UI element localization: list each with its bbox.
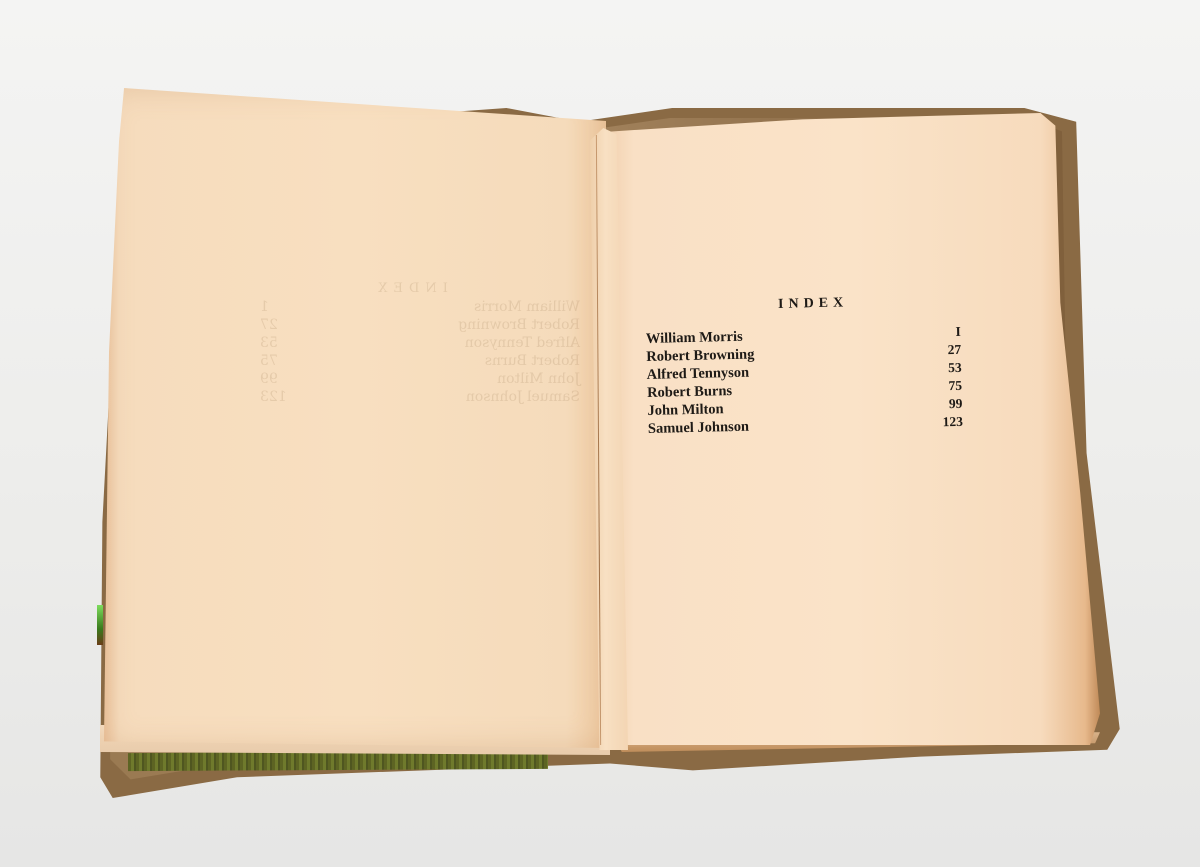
show-through-row: Robert Burns75 bbox=[260, 352, 580, 370]
index-entry-page: 123 bbox=[942, 413, 963, 431]
show-through-page: 53 bbox=[260, 334, 278, 352]
show-through-name: John Milton bbox=[497, 370, 580, 388]
show-through-page: 99 bbox=[260, 370, 278, 388]
index-entry-name: John Milton bbox=[647, 400, 724, 420]
left-page-show-through: INDEX William Morris1 Robert Browning27 … bbox=[240, 150, 580, 450]
index-entry-page: I bbox=[955, 323, 961, 341]
show-through-name: William Morris bbox=[474, 298, 580, 316]
index-entry-name: William Morris bbox=[646, 328, 743, 348]
show-through-page: 75 bbox=[260, 352, 278, 370]
index-entry-page: 27 bbox=[948, 341, 962, 359]
index-entry-name: Samuel Johnson bbox=[648, 418, 750, 438]
green-bookmark-tab bbox=[97, 605, 103, 645]
index-entry-name: Robert Burns bbox=[647, 382, 732, 402]
index-section: INDEX William Morris I Robert Browning 2… bbox=[645, 293, 963, 438]
show-through-name: Robert Burns bbox=[485, 352, 580, 370]
index-entry-page: 99 bbox=[949, 395, 963, 413]
show-through-page: 1 bbox=[260, 298, 269, 316]
show-through-row: Robert Browning27 bbox=[260, 316, 580, 334]
index-entry-page: 75 bbox=[948, 377, 962, 395]
index-list: William Morris I Robert Browning 27 Alfr… bbox=[646, 323, 963, 438]
show-through-page: 123 bbox=[260, 388, 287, 406]
show-through-name: Samuel Johnson bbox=[466, 388, 580, 406]
show-through-row: William Morris1 bbox=[260, 298, 580, 316]
index-entry-page: 53 bbox=[948, 359, 962, 377]
show-through-row: John Milton99 bbox=[260, 370, 580, 388]
show-through-page: 27 bbox=[260, 316, 278, 334]
show-through-row: Alfred Tennyson53 bbox=[260, 334, 580, 352]
index-title: INDEX bbox=[763, 295, 863, 313]
show-through-name: Alfred Tennyson bbox=[465, 334, 580, 352]
book-photo: INDEX William Morris1 Robert Browning27 … bbox=[0, 0, 1200, 867]
show-through-title: INDEX bbox=[240, 280, 580, 298]
show-through-name: Robert Browning bbox=[458, 316, 580, 334]
show-through-row: Samuel Johnson123 bbox=[260, 388, 580, 406]
index-entry-name: Alfred Tennyson bbox=[646, 364, 749, 384]
